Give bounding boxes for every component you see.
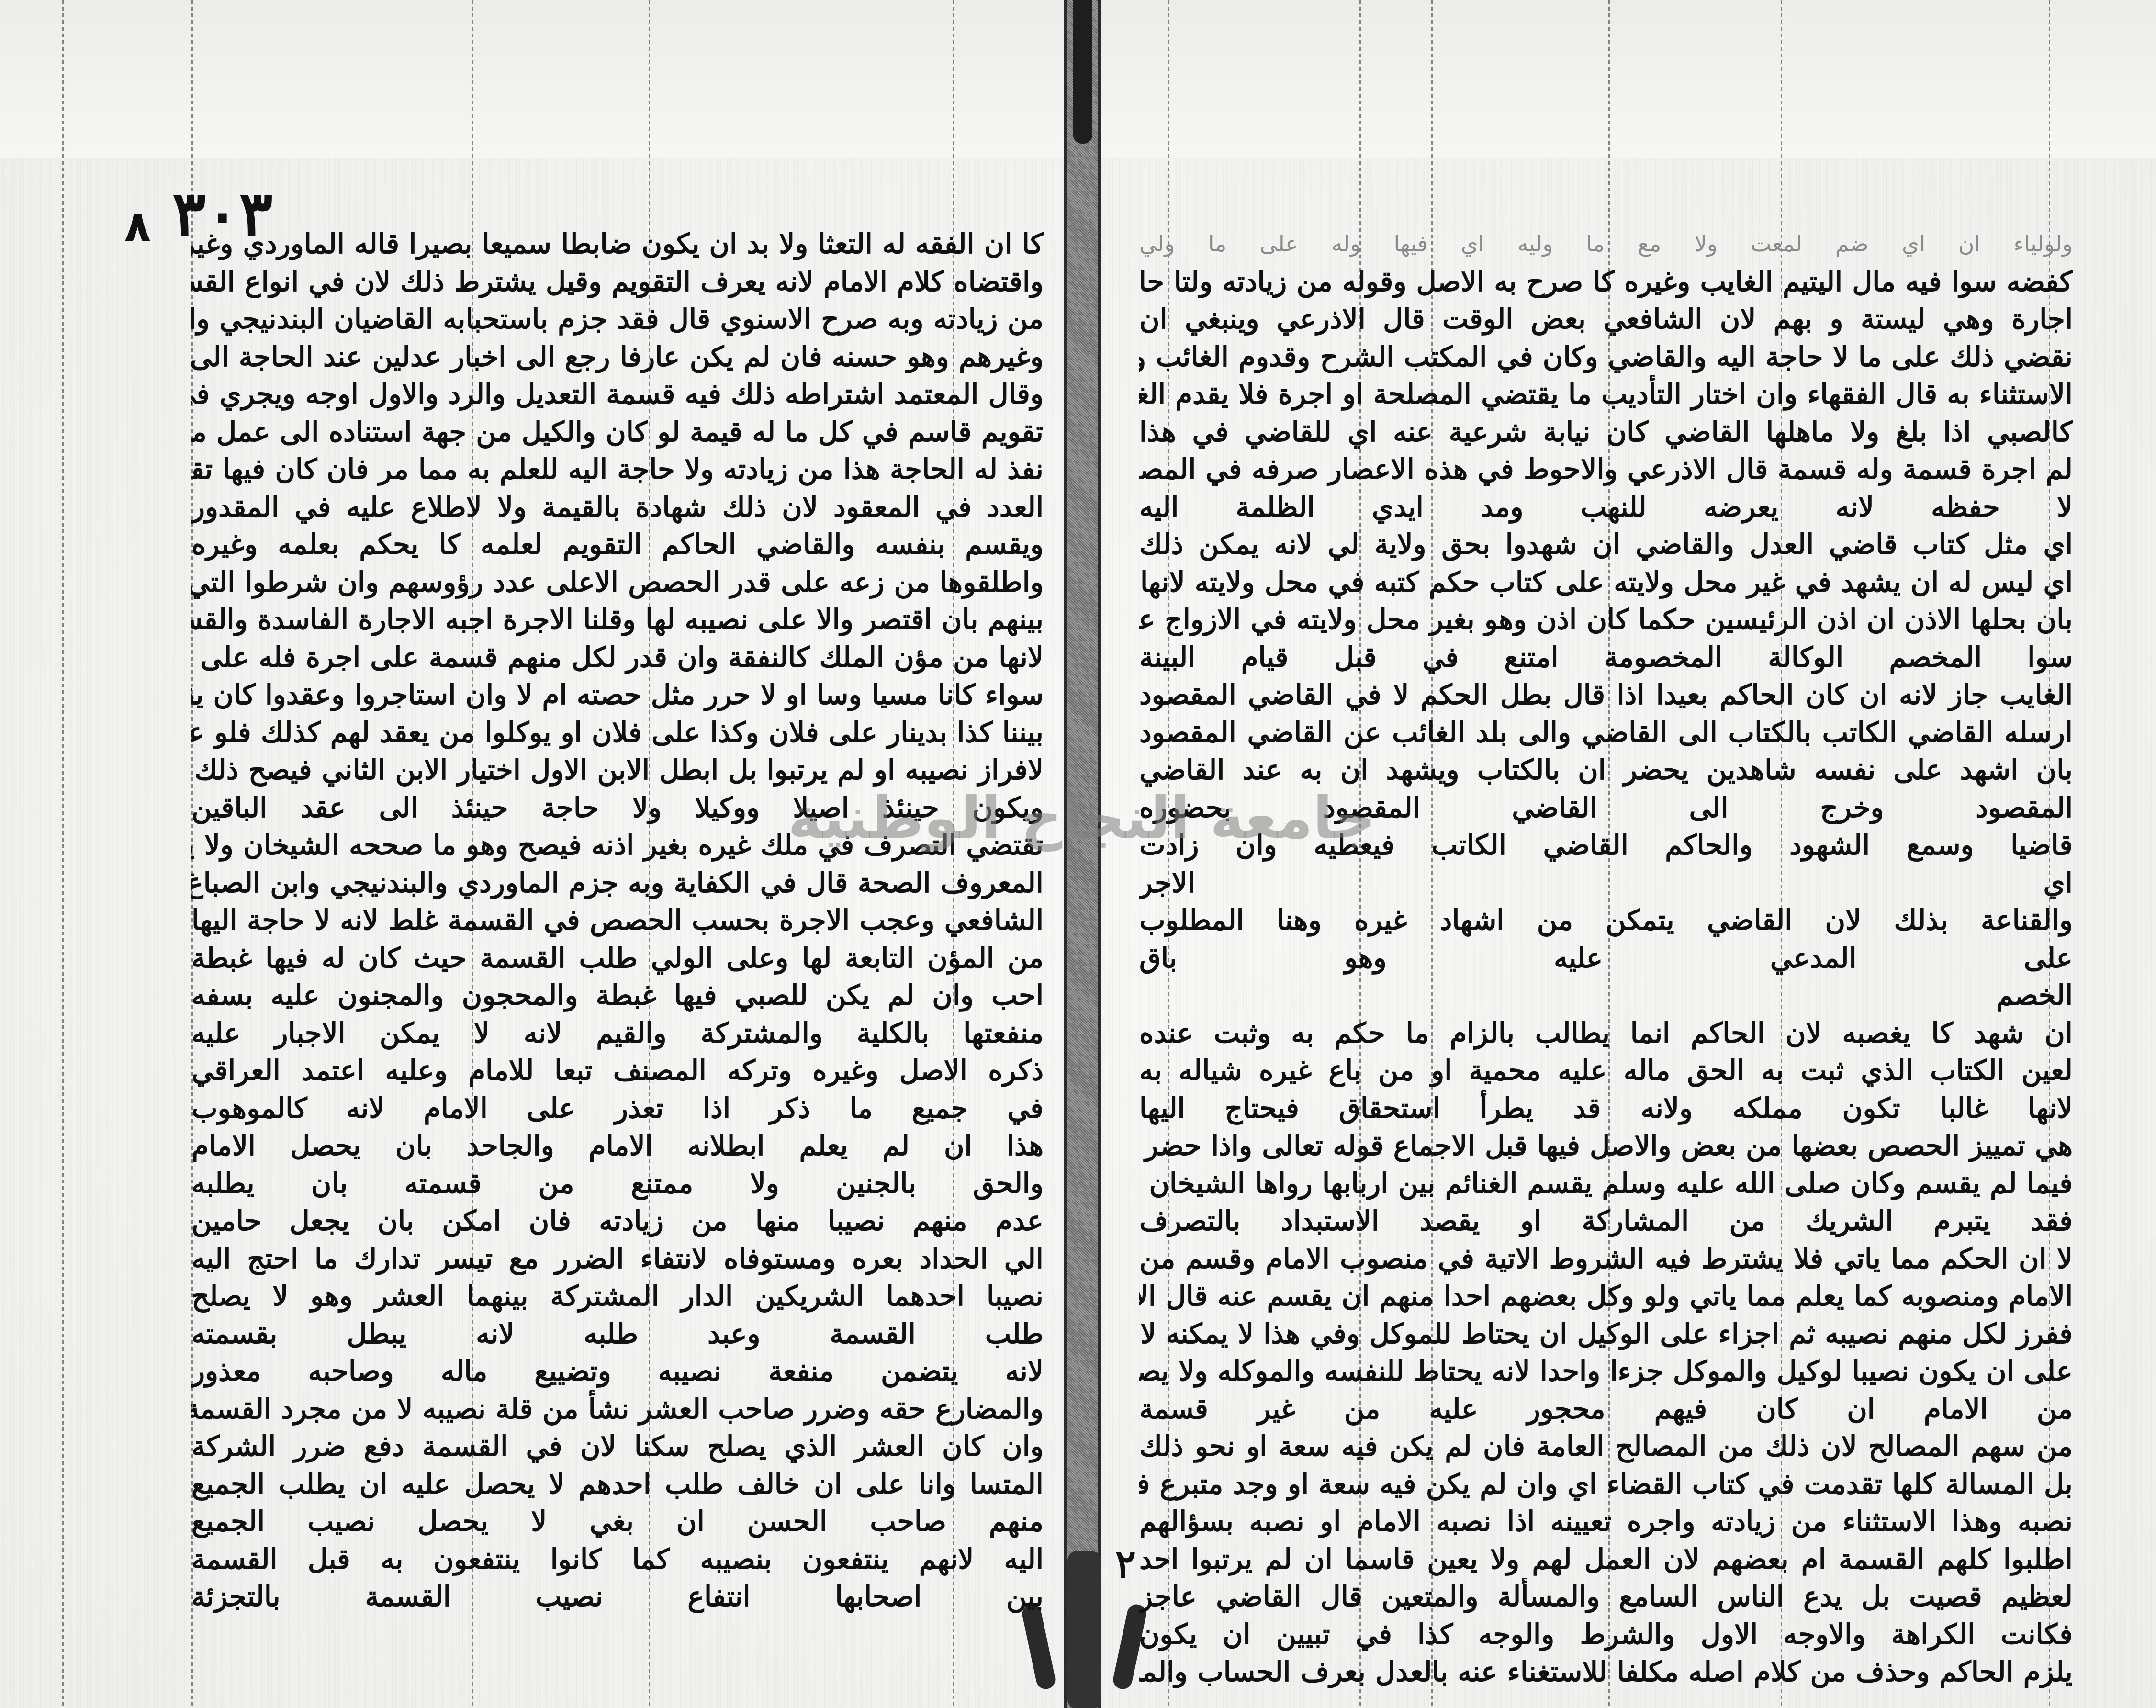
manuscript-line: نفذ له الحاجة هذا من زيادته ولا حاجة الي… bbox=[191, 450, 1044, 488]
catchword: ٢ bbox=[1115, 1541, 1136, 1586]
manuscript-line: على ان يكون نصيبا لوكيل والموكل جزءا واح… bbox=[1139, 1352, 2073, 1390]
manuscript-line: اي ليس له ان يشهد في غير محل ولايته على … bbox=[1139, 563, 2073, 601]
manuscript-line: اطلبوا كلهم القسمة ام بعضهم لان العمل له… bbox=[1139, 1540, 2073, 1578]
manuscript-line: ويكون حينئذ اصيلا ووكيلا ولا حاجة حينئذ … bbox=[191, 789, 1044, 827]
binding-gutter bbox=[1065, 0, 1099, 1708]
manuscript-line: نصبه وهذا الاستثناء من زيادته واجره تعيي… bbox=[1139, 1503, 2073, 1540]
manuscript-line: اليه لانهم ينتفعون بنصيبه كما كانوا ينتف… bbox=[191, 1540, 1044, 1578]
manuscript-line: الي الحداد بعره ومستوفاه لانتفاء الضرر م… bbox=[191, 1240, 1044, 1278]
manuscript-line: طلب القسمة وعبد طلبه لانه يبطل بقسمته bbox=[191, 1315, 1044, 1353]
manuscript-line: لا حفظه لانه يعرضه للنهب ومد ايدي الظلمة… bbox=[1139, 488, 2073, 526]
corner-mark: ٨ bbox=[124, 201, 151, 251]
manuscript-line: اجارة وهي ليستة و بهم لان الشافعي بعض ال… bbox=[1139, 300, 2073, 338]
manuscript-line: لافراز نصيبه او لم يرتبوا بل ابطل الابن … bbox=[191, 751, 1044, 789]
manuscript-line: واطلقوها من زعه على قدر الحصص الاعلى عدد… bbox=[191, 563, 1044, 601]
clasp-stem bbox=[1067, 1551, 1101, 1708]
manuscript-line: تقويم قاسم في كل ما له قيمة لو كان والكي… bbox=[191, 413, 1044, 451]
manuscript-line: لعين الكتاب الذي ثبت به الحق ماله عليه م… bbox=[1139, 1052, 2073, 1090]
manuscript-line: وان كان العشر الذي يصلح سكنا لان في القس… bbox=[191, 1427, 1044, 1465]
manuscript-line: كالصبي اذا بلغ ولا ماهلها القاضي كان نيا… bbox=[1139, 413, 2073, 451]
manuscript-line: على المدعي عليه وهو باق bbox=[1139, 939, 2073, 977]
manuscript-line: والمضارع حقه وضرر صاحب العشر نشأ من قلة … bbox=[191, 1390, 1044, 1428]
manuscript-line: من زيادته وبه صرح الاسنوي قال فقد جزم با… bbox=[191, 300, 1044, 338]
manuscript-line: قاضيا وسمع الشهود والحاكم القاضي الكاتب … bbox=[1139, 826, 2073, 864]
gutter-edge bbox=[1098, 0, 1101, 1708]
manuscript-line: ان شهد كا يغصبه لان الحاكم انما يطالب با… bbox=[1139, 1014, 2073, 1052]
manuscript-line: هذا ان لم يعلم ابطلانه الامام والجاحد با… bbox=[191, 1127, 1044, 1165]
right-page-text: ولولياء ان اي ضم لمعت ولا مع ما وليه اي … bbox=[1139, 225, 2073, 1691]
manuscript-line: ارسله القاضي الكاتب بالكتاب الى القاضي و… bbox=[1139, 714, 2073, 752]
manuscript-line: الغايب جاز لانه ان كان الحاكم بعيدا اذا … bbox=[1139, 676, 2073, 714]
manuscript-line: بينهم بان اقتصر والا على نصيبه لها وقلنا… bbox=[191, 601, 1044, 639]
manuscript-line: كا ان الفقه له التعثا ولا بد ان يكون ضاب… bbox=[191, 225, 1044, 263]
manuscript-line: الشافعي وعجب الاجرة بحسب الحصص في القسمة… bbox=[191, 901, 1044, 939]
manuscript-line: والقناعة بذلك لان القاضي يتمكن من اشهاد … bbox=[1139, 901, 2073, 939]
manuscript-line: المتسا وانا على ان خالف طلب احدهم لا يحص… bbox=[191, 1465, 1044, 1503]
manuscript-line: لا ان الحكم مما ياتي فلا يشترط فيه الشرو… bbox=[1139, 1240, 2073, 1278]
manuscript-line: واقتضاه كلام الامام لانه يعرف التقويم وق… bbox=[191, 263, 1044, 301]
manuscript-line: وغيرهم وهو حسنه فان لم يكن عارفا رجع الى… bbox=[191, 338, 1044, 376]
manuscript-line: نصيبا احدهما الشريكين الدار المشتركة بين… bbox=[191, 1277, 1044, 1315]
manuscript-line: لانه يتضمن منفعة نصيبه وتضييع ماله وصاحب… bbox=[191, 1352, 1044, 1390]
manuscript-line: من سهم المصالح لان ذلك من المصالح العامة… bbox=[1139, 1427, 2073, 1465]
manuscript-line: لعظيم قصيت بل يدع الناس السامع والمسألة … bbox=[1139, 1578, 2073, 1616]
manuscript-line: المعروف الصحة قال في الكفاية وبه جزم الم… bbox=[191, 864, 1044, 902]
manuscript-line: من الامام ان كان فيهم محجور عليه من غير … bbox=[1139, 1390, 2073, 1428]
manuscript-line: الاستثناء به قال الفقهاء وان اختار التأد… bbox=[1139, 375, 2073, 413]
manuscript-line: لانها غالبا تكون مملكه ولانه قد يطرأ است… bbox=[1139, 1090, 2073, 1127]
ruling-line bbox=[62, 0, 64, 1708]
manuscript-line: بان بحلها الاذن ان اذن الرئيسين حكما كان… bbox=[1139, 601, 2073, 639]
manuscript-line: لم اجرة قسمة وله قسمة قال الاذرعي والاحو… bbox=[1139, 450, 2073, 488]
manuscript-line: كفضه سوا فيه مال اليتيم الغايب وغيره كا … bbox=[1139, 263, 2073, 301]
manuscript-line: والحق بالجنين ولا ممتنع من قسمته بان يطل… bbox=[191, 1165, 1044, 1202]
manuscript-line: اي الاجر bbox=[1139, 864, 2073, 902]
manuscript-line: بل المسالة كلها تقدمت في كتاب القضاء اي … bbox=[1139, 1465, 2073, 1503]
manuscript-line: في جميع ما ذكر اذا تعذر على الامام لانه … bbox=[191, 1090, 1044, 1127]
manuscript-line: وقال المعتمد اشتراطه ذلك فيه قسمة التعدي… bbox=[191, 375, 1044, 413]
manuscript-line: فقد يتبرم الشريك من المشاركة او يقصد الا… bbox=[1139, 1202, 2073, 1240]
manuscript-line: المقصود وخرج الى القاضي المقصود بحضوره bbox=[1139, 789, 2073, 827]
manuscript-line: اي مثل كتاب قاضي العدل والقاضي ان شهدوا … bbox=[1139, 526, 2073, 563]
manuscript-spread: ٨ ٣٠٣ كا ان الفقه له التعثا ولا بد ان يك… bbox=[0, 0, 2156, 1708]
manuscript-line: تقتضي التصرف في ملك غيره بغير اذنه فيصح … bbox=[191, 826, 1044, 864]
manuscript-line: لانها من مؤن الملك كالنفقة وان قدر لكل م… bbox=[191, 639, 1044, 676]
manuscript-line: منفعتها بالكلية والمشتركة والقيم لانه لا… bbox=[191, 1014, 1044, 1052]
manuscript-line: سوا المخصم الوكالة المخصومة امتنع في قبل… bbox=[1139, 639, 2073, 676]
manuscript-line: الامام ومنصوبه كما يعلم مما ياتي ولو وكل… bbox=[1139, 1277, 2073, 1315]
manuscript-line: العدد في المعقود لان ذلك شهادة بالقيمة و… bbox=[191, 488, 1044, 526]
manuscript-line: سواء كانا مسيا وسا او لا حرر مثل حصته ام… bbox=[191, 676, 1044, 714]
manuscript-line: منهم صاحب الحسن ان بغي لا يحصل نصيب الجم… bbox=[191, 1503, 1044, 1540]
manuscript-line: بين اصحابها انتفاع نصيب القسمة بالتجزئة bbox=[191, 1578, 1044, 1616]
binding-thread bbox=[1073, 0, 1092, 144]
manuscript-line: من المؤن التابعة لها وعلى الولي طلب القس… bbox=[191, 939, 1044, 977]
clasp-arm bbox=[1021, 1603, 1057, 1691]
manuscript-line: ذكره الاصل وغيره وتركه المصنف تبعا للاما… bbox=[191, 1052, 1044, 1090]
manuscript-line: ففرز لكل منهم نصيبه ثم اجزاء على الوكيل … bbox=[1139, 1315, 2073, 1353]
manuscript-line: بيننا كذا بدينار على فلان وكذا على فلان … bbox=[191, 714, 1044, 752]
manuscript-line: نقضي ذلك على ما لا حاجة اليه والقاضي وكا… bbox=[1139, 338, 2073, 376]
manuscript-line: يلزم الحاكم وحذف من كلام اصله مكلفا للاس… bbox=[1139, 1653, 2073, 1691]
manuscript-line: احب وان لم يكن للصبي فيها غبطة والمحجون … bbox=[191, 977, 1044, 1014]
gutter-edge bbox=[1064, 0, 1067, 1708]
manuscript-line: بان اشهد على نفسه شاهدين يحضر ان بالكتاب… bbox=[1139, 751, 2073, 789]
left-page-text: كا ان الفقه له التعثا ولا بد ان يكون ضاب… bbox=[191, 225, 1044, 1616]
manuscript-line: فيما لم يقسم وكان صلى الله عليه وسلم يقس… bbox=[1139, 1165, 2073, 1202]
manuscript-line: عدم منهم نصيبا منها من زيادته فان امكن ب… bbox=[191, 1202, 1044, 1240]
manuscript-line: فكانت الكراهة والاوجه الاول والشرط والوج… bbox=[1139, 1616, 2073, 1653]
manuscript-line: ولولياء ان اي ضم لمعت ولا مع ما وليه اي … bbox=[1139, 225, 2073, 263]
manuscript-line: ويقسم بنفسه والقاضي الحاكم التقويم لعلمه… bbox=[191, 526, 1044, 563]
manuscript-line: الخصم bbox=[1139, 977, 2073, 1014]
manuscript-line: هي تمييز الحصص بعضها من بعض والاصل فيها … bbox=[1139, 1127, 2073, 1165]
